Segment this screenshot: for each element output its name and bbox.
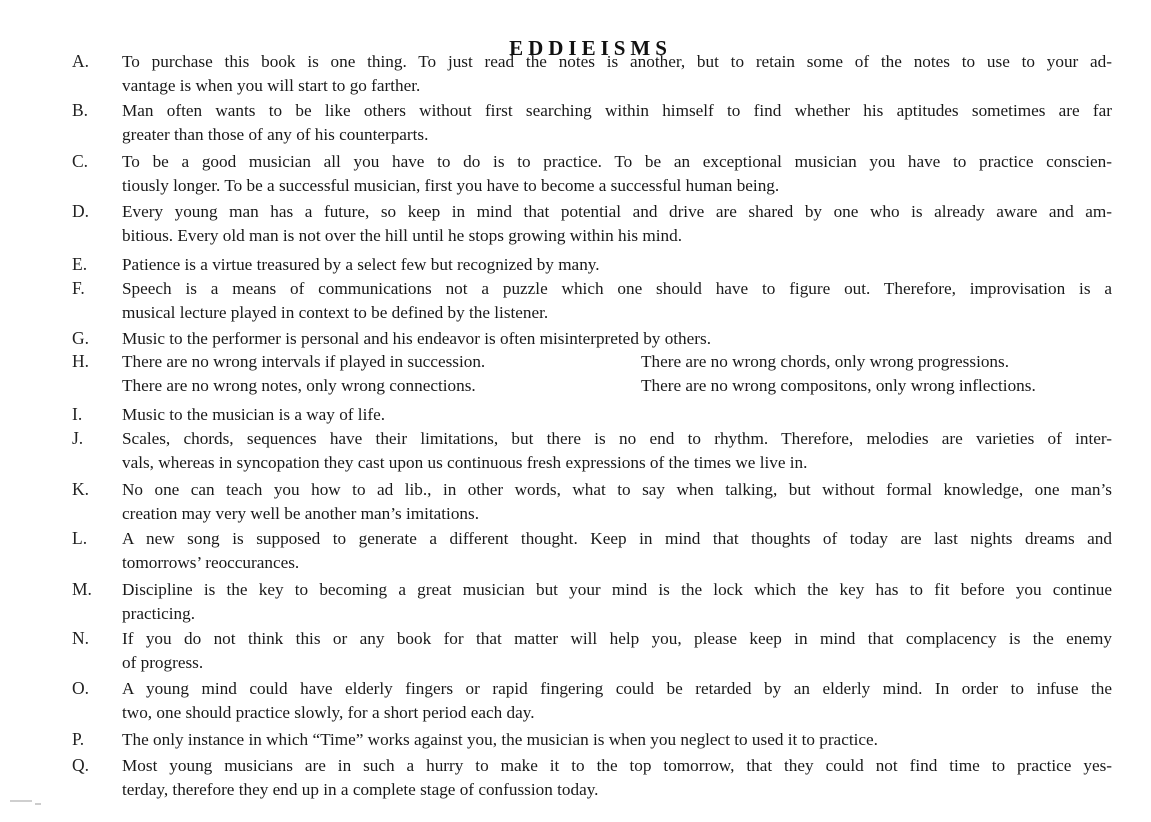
item-text: Music to the performer is personal and h… [122,327,1112,351]
item-letter: G. [72,327,89,350]
item-letter: P. [72,728,84,751]
item-letter: L. [72,527,87,550]
item-letter: M. [72,578,92,601]
item-line: There are no wrong intervals if played i… [122,350,485,374]
scan-artifact [35,803,41,805]
item-text: Scales, chords, sequences have their lim… [122,427,1112,474]
item-text: Speech is a means of communications not … [122,277,1112,324]
item-line: vantage is when you will start to go far… [122,74,1112,98]
item-line: Scales, chords, sequences have their lim… [122,427,1112,451]
item-text: To be a good musician all you have to do… [122,150,1112,197]
item-letter: O. [72,677,89,700]
item-line: There are no wrong notes, only wrong con… [122,374,485,398]
item-text: Every young man has a future, so keep in… [122,200,1112,247]
item-line: greater than those of any of his counter… [122,123,1112,147]
item-text: Patience is a virtue treasured by a sele… [122,253,1112,277]
item-letter: I. [72,403,82,426]
item-text: A new song is supposed to generate a dif… [122,527,1112,574]
item-text: Music to the musician is a way of life. [122,403,1112,427]
right-column: There are no wrong chords, only wrong pr… [641,350,1036,397]
item-letter: Q. [72,754,89,777]
item-line: Discipline is the key to becoming a grea… [122,578,1112,602]
item-letter: E. [72,253,87,276]
item-letter: F. [72,277,85,300]
item-line: No one can teach you how to ad lib., in … [122,478,1112,502]
item-text: No one can teach you how to ad lib., in … [122,478,1112,525]
item-text: Most young musicians are in such a hurry… [122,754,1112,801]
item-line: two, one should practice slowly, for a s… [122,701,1112,725]
item-text: Man often wants to be like others withou… [122,99,1112,146]
item-line: practicing. [122,602,1112,626]
item-letter: B. [72,99,88,122]
item-line: Speech is a means of communications not … [122,277,1112,301]
item-letter: D. [72,200,89,223]
item-letter: H. [72,350,89,373]
item-line: To purchase this book is one thing. To j… [122,50,1112,74]
item-line: terday, therefore they end up in a compl… [122,778,1112,802]
item-text: Discipline is the key to becoming a grea… [122,578,1112,625]
item-text: The only instance in which “Time” works … [122,728,1112,752]
item-line: Patience is a virtue treasured by a sele… [122,253,1112,277]
item-line: To be a good musician all you have to do… [122,150,1112,174]
item-line: The only instance in which “Time” works … [122,728,1112,752]
item-line: of progress. [122,651,1112,675]
item-line: bitious. Every old man is not over the h… [122,224,1112,248]
item-letter: K. [72,478,89,501]
left-column: There are no wrong intervals if played i… [122,350,485,397]
item-line: Music to the musician is a way of life. [122,403,1112,427]
item-line: Man often wants to be like others withou… [122,99,1112,123]
item-letter: N. [72,627,89,650]
item-line: There are no wrong chords, only wrong pr… [641,350,1036,374]
scan-artifact [10,800,32,802]
item-text: To purchase this book is one thing. To j… [122,50,1112,97]
item-line: musical lecture played in context to be … [122,301,1112,325]
item-letter: A. [72,50,89,73]
item-line: Every young man has a future, so keep in… [122,200,1112,224]
item-line: A young mind could have elderly fingers … [122,677,1112,701]
item-line: tomorrows’ reoccurances. [122,551,1112,575]
item-line: tiously longer. To be a successful music… [122,174,1112,198]
item-line: creation may very well be another man’s … [122,502,1112,526]
item-letter: C. [72,150,88,173]
item-line: Most young musicians are in such a hurry… [122,754,1112,778]
item-letter: J. [72,427,83,450]
item-line: vals, whereas in syncopation they cast u… [122,451,1112,475]
item-text: A young mind could have elderly fingers … [122,677,1112,724]
item-line: A new song is supposed to generate a dif… [122,527,1112,551]
item-line: If you do not think this or any book for… [122,627,1112,651]
item-text: If you do not think this or any book for… [122,627,1112,674]
item-line: Music to the performer is personal and h… [122,327,1112,351]
item-line: There are no wrong compositons, only wro… [641,374,1036,398]
